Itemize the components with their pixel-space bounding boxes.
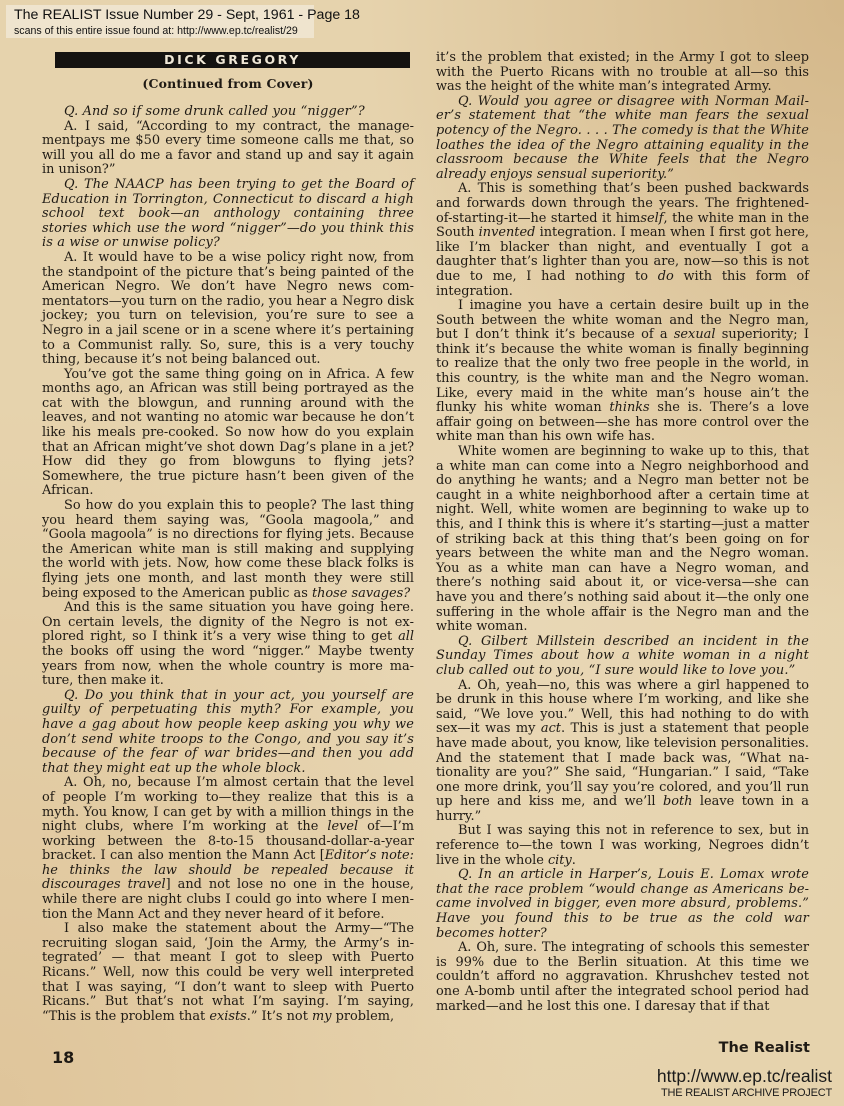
question-paragraph: Q. The NAACP has been trying to get the … xyxy=(42,178,414,251)
answer-paragraph: You’ve got the same thing going on in Af… xyxy=(42,368,414,499)
question-paragraph: Q. Would you agree or disagree with Norm… xyxy=(436,95,809,183)
answer-paragraph: I imagine you have a certain desire buil… xyxy=(436,299,809,445)
answer-paragraph: And this is the same situation you have … xyxy=(42,601,414,689)
answer-paragraph: A. Oh, yeah—no, this was where a girl ha… xyxy=(436,679,809,825)
answer-paragraph: A. Oh, sure. The integrating of schools … xyxy=(436,941,809,1014)
archive-header: The REALIST Issue Number 29 - Sept, 1961… xyxy=(6,5,314,38)
answer-paragraph: A. I said, “According to my contract, th… xyxy=(42,120,414,178)
question-paragraph: Q. In an article in Harper’s, Louis E. L… xyxy=(436,868,809,941)
question-paragraph: Q. And so if some drunk called you “nigg… xyxy=(42,105,414,120)
answer-paragraph: A. Oh, no, because I’m almost certain th… xyxy=(42,776,414,922)
masthead-footer: The Realist xyxy=(710,1040,810,1056)
answer-paragraph: So how do you explain this to people? Th… xyxy=(42,499,414,601)
archive-project-name: THE REALIST ARCHIVE PROJECT xyxy=(661,1087,832,1099)
continued-note: (Continued from Cover) xyxy=(42,76,414,91)
answer-paragraph: A. It would have to be a wise policy rig… xyxy=(42,251,414,368)
answer-paragraph: White women are beginning to wake up to … xyxy=(436,445,809,635)
left-column: Q. And so if some drunk called you “nigg… xyxy=(42,105,414,1024)
answer-paragraph: But I was saying this not in reference t… xyxy=(436,824,809,868)
right-column: it’s the problem that existed; in the Ar… xyxy=(436,51,809,1014)
article-banner: DICK GREGORY xyxy=(55,52,410,68)
archive-header-subtitle: scans of this entire issue found at: htt… xyxy=(14,25,298,37)
answer-paragraph: it’s the problem that existed; in the Ar… xyxy=(436,51,809,95)
page-number: 18 xyxy=(52,1048,74,1067)
archive-header-title: The REALIST Issue Number 29 - Sept, 1961… xyxy=(14,7,360,23)
answer-paragraph: A. This is something that’s been pushed … xyxy=(436,182,809,299)
question-paragraph: Q. Gilbert Millstein described an incide… xyxy=(436,635,809,679)
archive-url-link[interactable]: http://www.ep.tc/realist xyxy=(657,1066,832,1087)
question-paragraph: Q. Do you think that in your act, you yo… xyxy=(42,689,414,777)
answer-paragraph: I also make the statement about the Army… xyxy=(42,922,414,1024)
